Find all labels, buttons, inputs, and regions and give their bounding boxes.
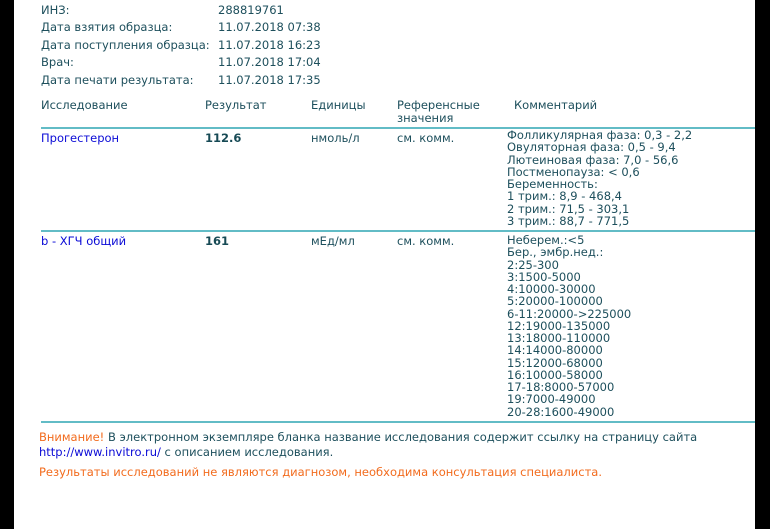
comment-line: 2:25-300 <box>507 259 631 271</box>
comment-line: 15:12000-68000 <box>507 357 631 369</box>
warning-label: Внимание! <box>39 430 104 444</box>
study-link[interactable]: b - ХГЧ общий <box>41 235 126 247</box>
comment-line: 20-28:1600-49000 <box>507 406 631 418</box>
header-study: Исследование <box>41 99 128 112</box>
header-reference-line2: значения <box>397 111 453 125</box>
info-value: 11.07.2018 16:23 <box>218 37 321 54</box>
notice-text-2: с описанием исследования. <box>161 445 333 459</box>
lab-report-page: ИНЗ: 288819761 Дата взятия образца: 11.0… <box>14 0 755 529</box>
comment: Фолликулярная фаза: 0,3 - 2,2Овуляторная… <box>507 129 692 227</box>
comment-line: 14:14000-80000 <box>507 344 631 356</box>
comment-line: Лютеиновая фаза: 7,0 - 56,6 <box>507 154 692 166</box>
units: нмоль/л <box>311 132 360 144</box>
table-row-progesterone: Прогестерон 112.6 нмоль/л см. комм. Фолл… <box>41 129 755 232</box>
info-value: 288819761 <box>218 2 284 19</box>
comment-line: 5:20000-100000 <box>507 295 631 307</box>
header-comment: Комментарий <box>514 99 597 112</box>
info-value: 11.07.2018 17:35 <box>218 72 321 89</box>
comment-line: 2 трим.: 71,5 - 303,1 <box>507 203 692 215</box>
info-label: Дата поступления образца: <box>41 37 210 54</box>
info-label: Врач: <box>41 54 74 71</box>
units: мЕд/мл <box>311 235 355 247</box>
comment-line: 3 трим.: 88,7 - 771,5 <box>507 215 692 227</box>
comment-line: 6-11:20000->225000 <box>507 308 631 320</box>
notice-text: В электронном экземпляре бланка название… <box>104 430 697 444</box>
header-units: Единицы <box>311 99 366 112</box>
header-reference: Референсные значения <box>397 99 480 125</box>
reference-values: см. комм. <box>397 132 454 144</box>
reference-values: см. комм. <box>397 235 454 247</box>
header-reference-line1: Референсные <box>397 98 480 112</box>
table-row-hcg: b - ХГЧ общий 161 мЕд/мл см. комм. Небер… <box>41 232 755 423</box>
study-link[interactable]: Прогестерон <box>41 132 119 144</box>
comment-line: Бер., эмбр.нед.: <box>507 246 631 258</box>
results-table-header: Исследование Результат Единицы Референсн… <box>41 97 755 129</box>
info-value: 11.07.2018 07:38 <box>218 19 321 36</box>
notice: Внимание! В электронном экземпляре бланк… <box>39 430 697 459</box>
result-value: 112.6 <box>205 132 241 144</box>
info-label: Дата взятия образца: <box>41 19 172 36</box>
comment-line: 19:7000-49000 <box>507 393 631 405</box>
header-result: Результат <box>205 99 267 112</box>
info-value: 11.07.2018 17:04 <box>218 54 321 71</box>
comment-line: Овуляторная фаза: 0,5 - 9,4 <box>507 141 692 153</box>
invitro-link[interactable]: http://www.invitro.ru/ <box>39 445 161 459</box>
disclaimer: Результаты исследований не являются диаг… <box>39 465 602 479</box>
result-value: 161 <box>205 235 229 247</box>
comment-line: 1 трим.: 8,9 - 468,4 <box>507 190 692 202</box>
info-label: ИНЗ: <box>41 2 70 19</box>
comment: Неберем.:<5Бер., эмбр.нед.:2:25-3003:150… <box>507 234 631 418</box>
info-label: Дата печати результата: <box>41 72 194 89</box>
